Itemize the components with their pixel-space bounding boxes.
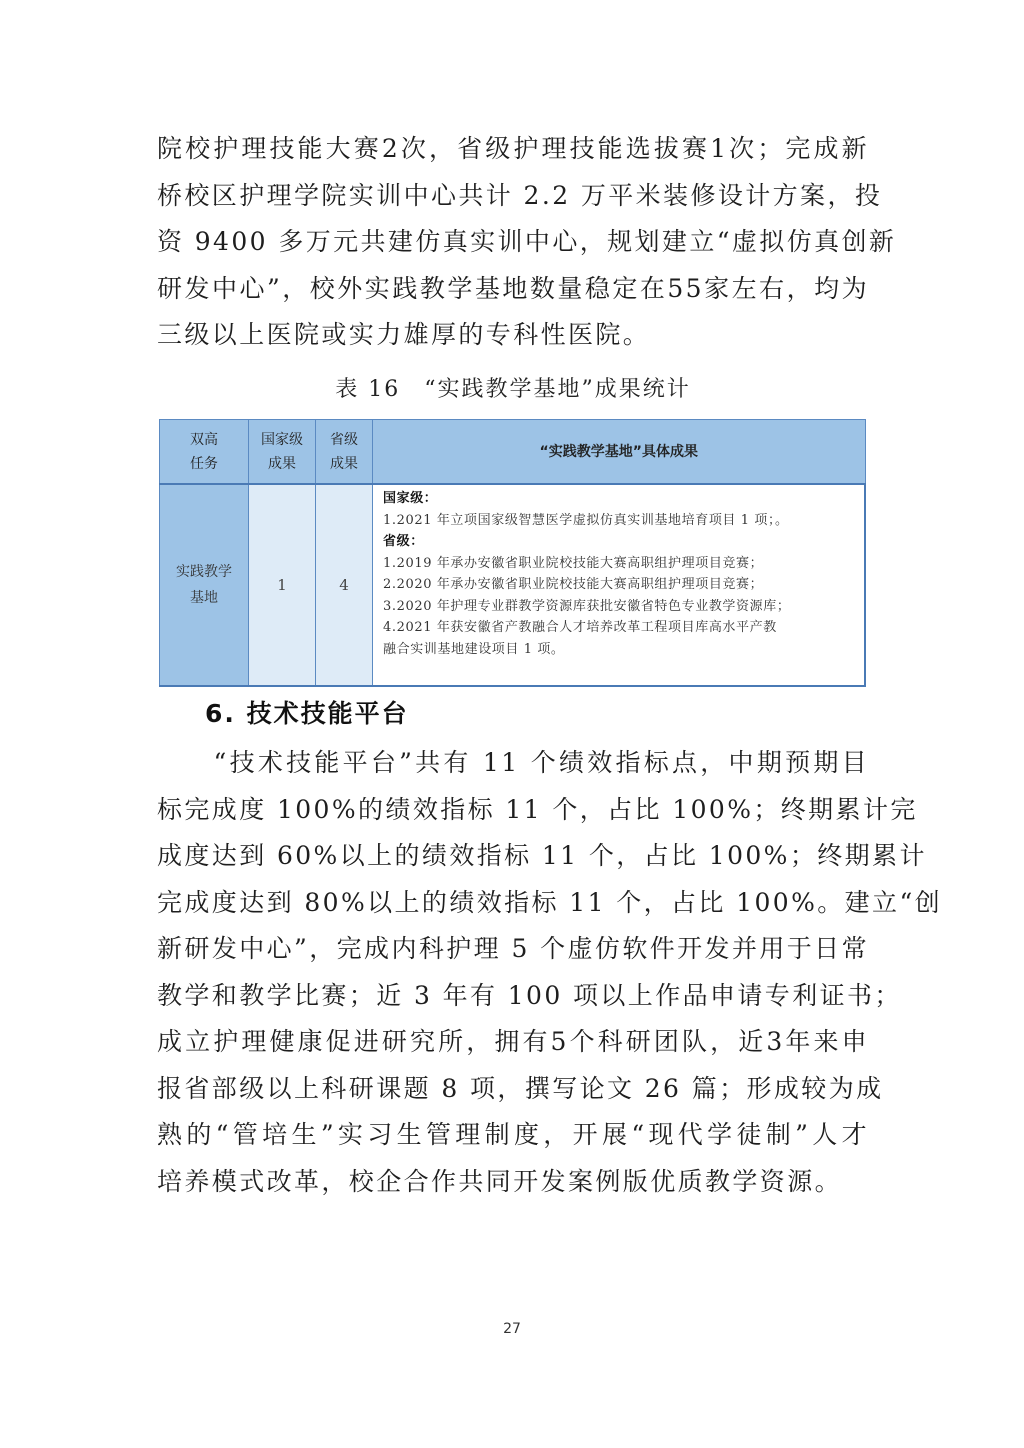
cell-national-count: 1 [249, 484, 316, 686]
text-line: 成立护理健康促进研究所，拥有5个科研团队，近3年来申 [157, 1019, 869, 1066]
provincial-label: 省级： [383, 531, 858, 553]
page-number: 27 [0, 1321, 1024, 1337]
text-line: 院校护理技能大赛2次，省级护理技能选拔赛1次；完成新 [157, 126, 869, 173]
text-line: 成度达到 60%以上的绩效指标 11 个，占比 100%；终期累计 [157, 833, 869, 880]
paragraph-practice-base-summary: 院校护理技能大赛2次，省级护理技能选拔赛1次；完成新 桥校区护理学院实训中心共计… [157, 126, 869, 359]
document-page: 院校护理技能大赛2次，省级护理技能选拔赛1次；完成新 桥校区护理学院实训中心共计… [0, 0, 1024, 1448]
provincial-item: 3.2020 年护理专业群教学资源库获批安徽省特色专业教学资源库； [383, 596, 858, 618]
text-line: 桥校区护理学院实训中心共计 2.2 万平米装修设计方案，投 [157, 173, 869, 220]
cell-provincial-count: 4 [316, 484, 373, 686]
achievement-table: 双高 任务 国家级 成果 省级 成果 “实践教学基地”具体成果 实践教学 基地 [159, 419, 866, 687]
text-line: 教学和教学比赛；近 3 年有 100 项以上作品申请专利证书； [157, 973, 869, 1020]
text-line: 完成度达到 80%以上的绩效指标 11 个，占比 100%。建立“创 [157, 880, 869, 927]
provincial-item: 2.2020 年承办安徽省职业院校技能大赛高职组护理项目竞赛； [383, 574, 858, 596]
paragraph-tech-platform: “技术技能平台”共有 11 个绩效指标点，中期预期目 标完成度 100%的绩效指… [157, 740, 869, 1205]
national-item: 1.2021 年立项国家级智慧医学虚拟仿真实训基地培育项目 1 项；。 [383, 510, 858, 532]
table-header-row: 双高 任务 国家级 成果 省级 成果 “实践教学基地”具体成果 [160, 420, 866, 485]
header-national: 国家级 成果 [249, 420, 316, 485]
provincial-item: 1.2019 年承办安徽省职业院校技能大赛高职组护理项目竞赛； [383, 553, 858, 575]
national-label: 国家级： [383, 488, 858, 510]
text-line: 研发中心”，校外实践教学基地数量稳定在55家左右，均为 [157, 266, 869, 313]
section-heading: 6. 技术技能平台 [205, 694, 409, 730]
text-line: 新研发中心”，完成内科护理 5 个虚仿软件开发并用于日常 [157, 926, 869, 973]
provincial-item: 4.2021 年获安徽省产教融合人才培养改革工程项目库高水平产教 [383, 617, 858, 639]
text-line: 标完成度 100%的绩效指标 11 个，占比 100%；终期累计完 [157, 787, 869, 834]
text-line: 报省部级以上科研课题 8 项，撰写论文 26 篇；形成较为成 [157, 1066, 869, 1113]
text-line: 熟的“管培生”实习生管理制度，开展“现代学徒制”人才 [157, 1112, 869, 1159]
header-provincial: 省级 成果 [316, 420, 373, 485]
text-line: 资 9400 多万元共建仿真实训中心，规划建立“虚拟仿真创新 [157, 219, 869, 266]
provincial-item: 融合实训基地建设项目 1 项。 [383, 639, 858, 661]
header-task: 双高 任务 [160, 420, 249, 485]
header-detail: “实践教学基地”具体成果 [373, 420, 866, 485]
text-line: “技术技能平台”共有 11 个绩效指标点，中期预期目 [157, 740, 869, 787]
cell-task: 实践教学 基地 [160, 484, 249, 686]
text-line: 培养模式改革，校企合作共同开发案例版优质教学资源。 [157, 1159, 869, 1206]
cell-detail: 国家级： 1.2021 年立项国家级智慧医学虚拟仿真实训基地培育项目 1 项；。… [373, 484, 866, 686]
table-caption: 表 16 “实践教学基地”成果统计 [157, 372, 869, 403]
text-line: 三级以上医院或实力雄厚的专科性医院。 [157, 312, 869, 359]
table-row: 实践教学 基地 1 4 国家级： 1.2021 年立项国家级智慧医学虚拟仿真实训… [160, 484, 866, 686]
